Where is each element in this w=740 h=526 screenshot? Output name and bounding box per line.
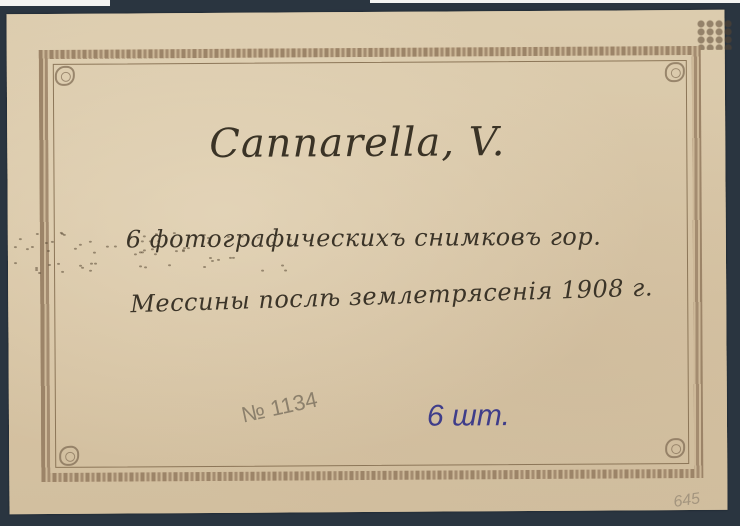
corner-ornament-icon	[665, 62, 685, 82]
ink-speckles	[6, 10, 724, 14]
item-count: 6 шт.	[427, 399, 510, 434]
corner-ornament-icon	[665, 438, 685, 458]
top-edge-patch	[0, 0, 110, 6]
ink-stain	[697, 20, 733, 50]
top-edge-patch	[370, 0, 740, 3]
corner-ornament-icon	[59, 446, 79, 466]
description-line-1: 6 фотографическихъ снимковъ гор.	[126, 223, 602, 254]
pencil-note: 645	[672, 490, 701, 512]
corner-ornament-icon	[55, 66, 75, 86]
card-title: Cannarella, V.	[209, 119, 505, 167]
archive-card: Cannarella, V. 6 фотографическихъ снимко…	[6, 10, 727, 514]
